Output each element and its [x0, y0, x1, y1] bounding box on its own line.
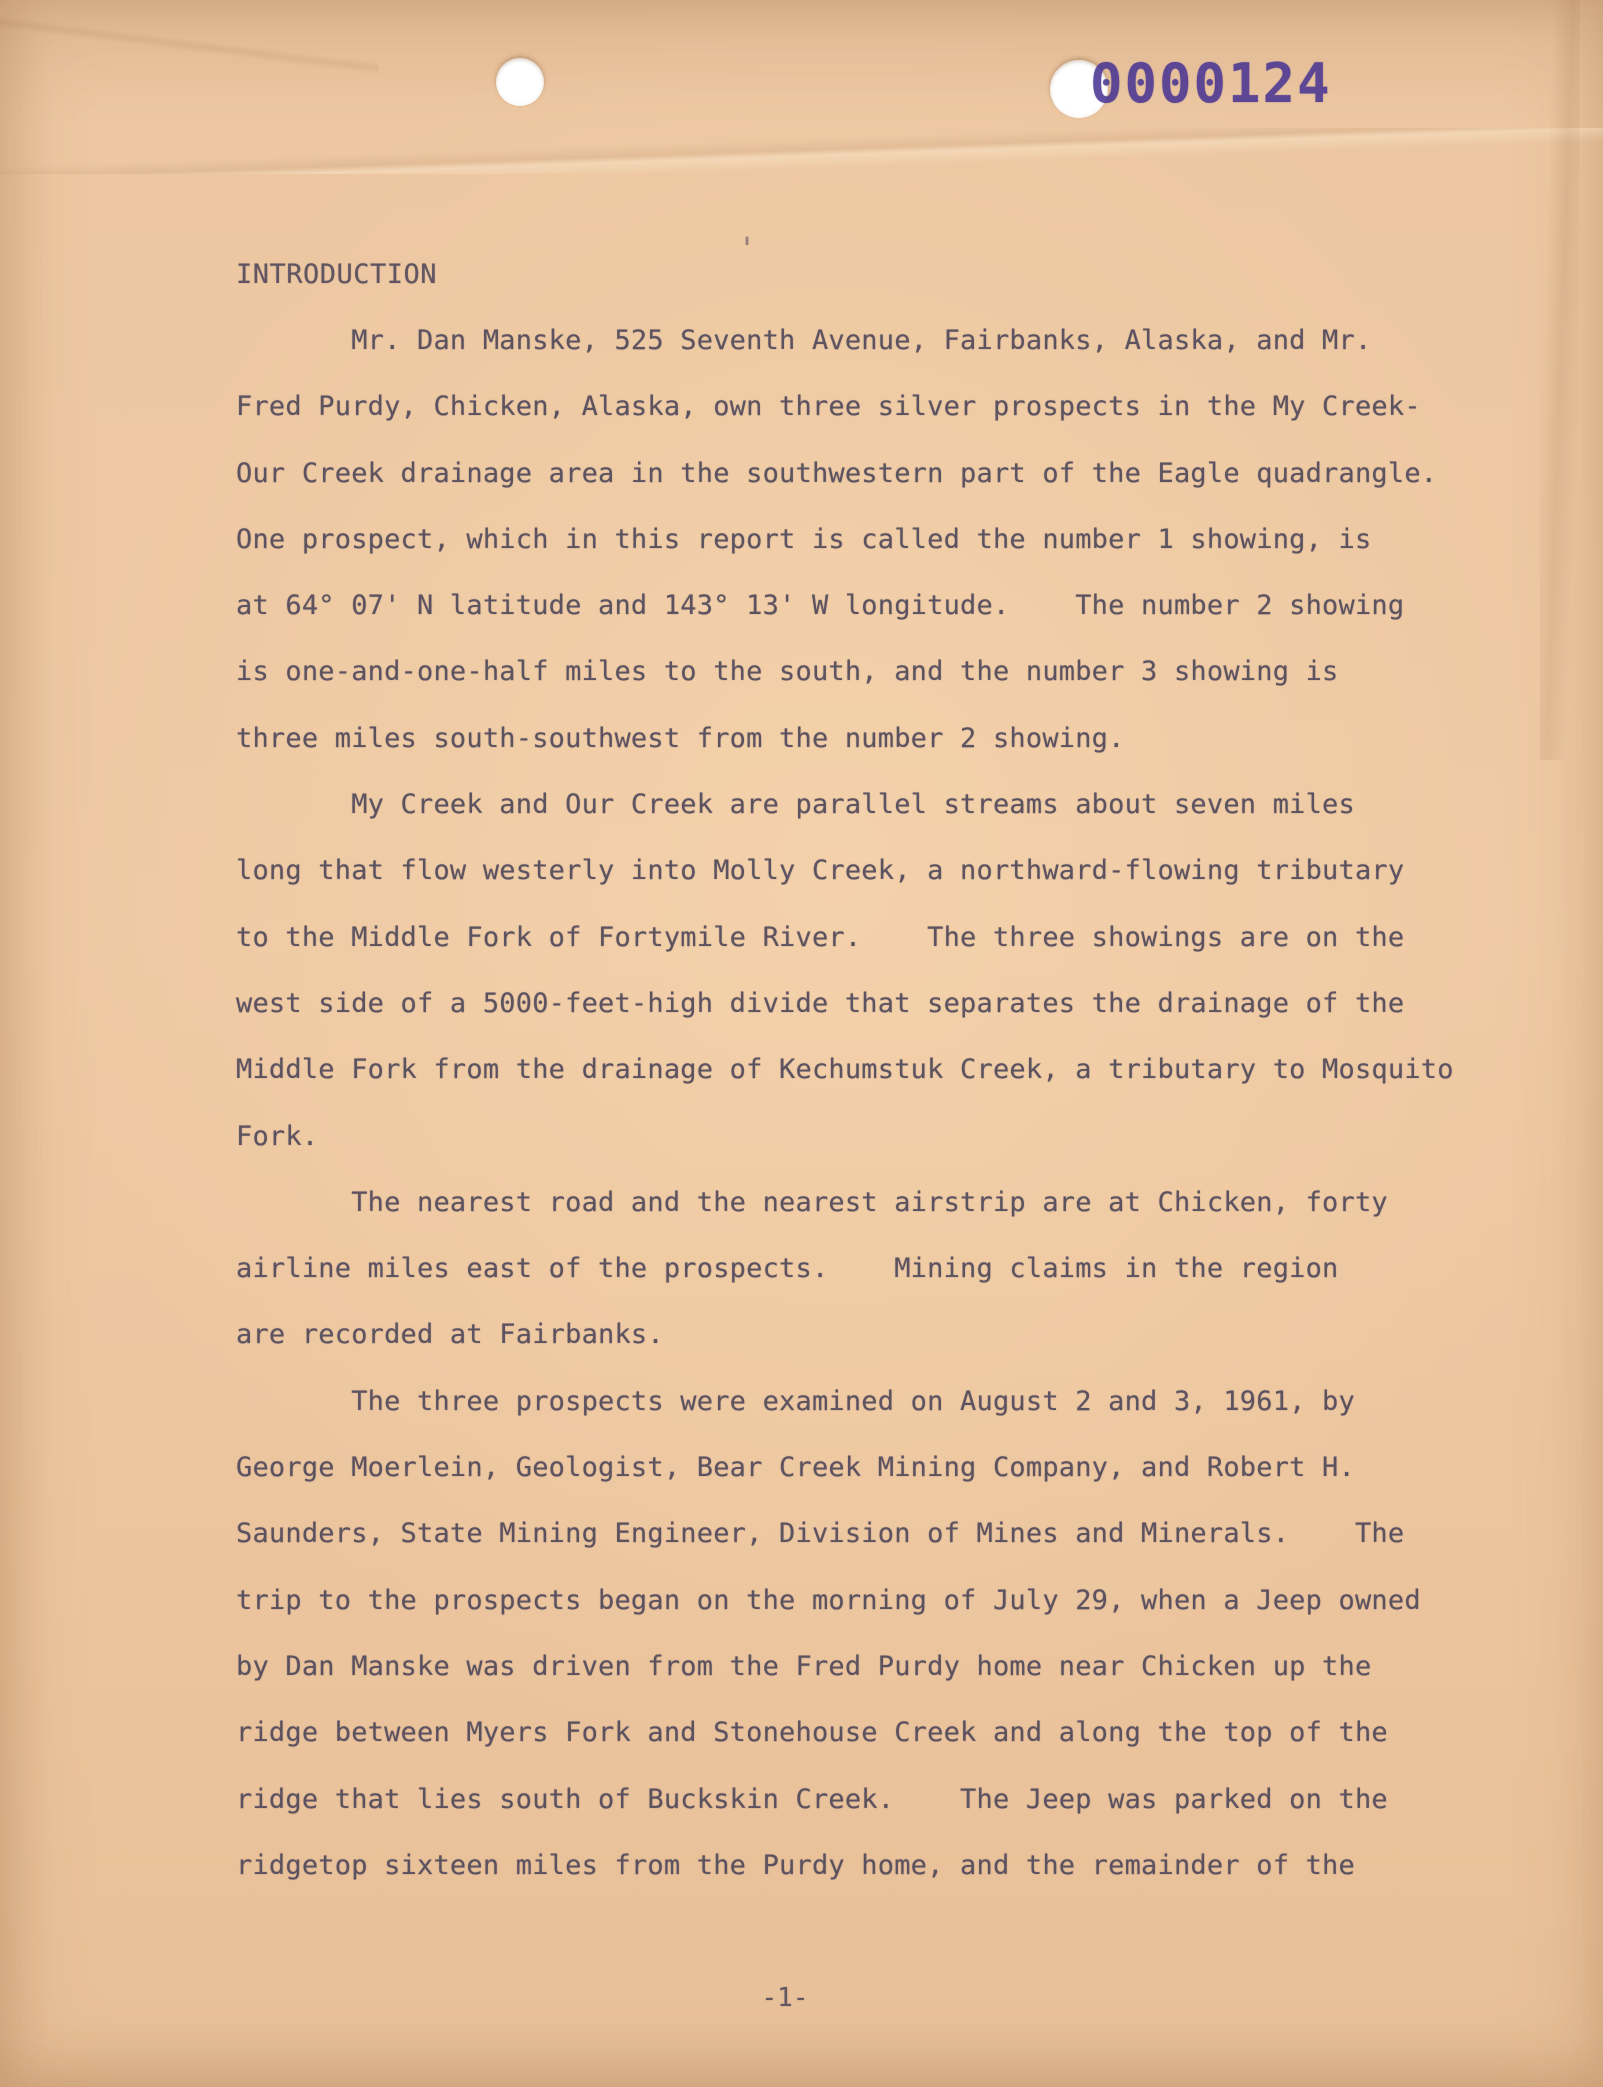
text-line: Fork.: [236, 1104, 1454, 1170]
paper-crease-vertical: [1540, 0, 1580, 760]
text-line: ridgetop sixteen miles from the Purdy ho…: [236, 1833, 1454, 1899]
stamp-number: 0000124: [1090, 52, 1332, 115]
text-line: is one-and-one-half miles to the south, …: [236, 639, 1454, 705]
text-line: Fred Purdy, Chicken, Alaska, own three s…: [236, 374, 1454, 440]
paragraph: The three prospects were examined on Aug…: [236, 1369, 1454, 1899]
paragraph: Mr. Dan Manske, 525 Seventh Avenue, Fair…: [236, 308, 1454, 772]
text-line: My Creek and Our Creek are parallel stre…: [236, 772, 1454, 838]
text-line: Middle Fork from the drainage of Kechums…: [236, 1037, 1454, 1103]
text-line: The three prospects were examined on Aug…: [236, 1369, 1454, 1435]
text-line: three miles south-southwest from the num…: [236, 706, 1454, 772]
hole-punch-left: [496, 58, 544, 106]
text-line: to the Middle Fork of Fortymile River. T…: [236, 905, 1454, 971]
paragraph: The nearest road and the nearest airstri…: [236, 1170, 1454, 1369]
text-line: Our Creek drainage area in the southwest…: [236, 441, 1454, 507]
text-line: west side of a 5000-feet-high divide tha…: [236, 971, 1454, 1037]
document-body: Mr. Dan Manske, 525 Seventh Avenue, Fair…: [236, 308, 1454, 1899]
text-line: George Moerlein, Geologist, Bear Creek M…: [236, 1435, 1454, 1501]
paper-crease-diagonal: [0, 5, 380, 82]
page-number: -1-: [700, 1965, 870, 2031]
paper-crease-horizontal: [0, 128, 1603, 174]
text-line: at 64° 07' N latitude and 143° 13' W lon…: [236, 573, 1454, 639]
stray-ink-mark: ': [738, 232, 756, 267]
text-line: are recorded at Fairbanks.: [236, 1302, 1454, 1368]
text-line: One prospect, which in this report is ca…: [236, 507, 1454, 573]
text-line: ridge that lies south of Buckskin Creek.…: [236, 1767, 1454, 1833]
paragraph: My Creek and Our Creek are parallel stre…: [236, 772, 1454, 1170]
text-line: The nearest road and the nearest airstri…: [236, 1170, 1454, 1236]
document-page: 0000124 ' INTRODUCTION Mr. Dan Manske, 5…: [0, 0, 1603, 2087]
text-line: Saunders, State Mining Engineer, Divisio…: [236, 1501, 1454, 1567]
text-line: airline miles east of the prospects. Min…: [236, 1236, 1454, 1302]
text-line: ridge between Myers Fork and Stonehouse …: [236, 1700, 1454, 1766]
text-line: long that flow westerly into Molly Creek…: [236, 838, 1454, 904]
text-line: by Dan Manske was driven from the Fred P…: [236, 1634, 1454, 1700]
text-line: trip to the prospects began on the morni…: [236, 1568, 1454, 1634]
text-line: Mr. Dan Manske, 525 Seventh Avenue, Fair…: [236, 308, 1454, 374]
section-heading: INTRODUCTION: [236, 242, 437, 308]
